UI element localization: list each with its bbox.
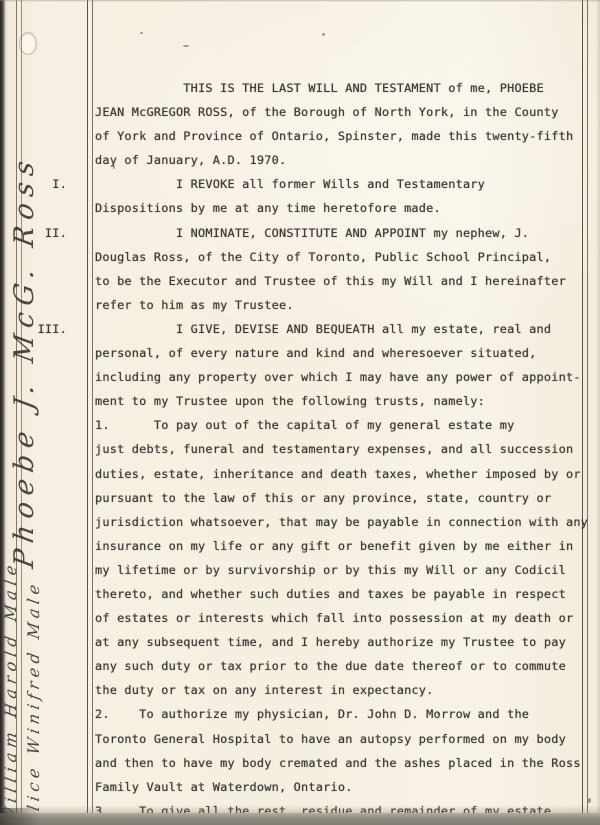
typed-line: Toronto General Hospital to have an auto… (95, 727, 581, 751)
typed-line: my lifetime or by survivorship or by thi… (95, 558, 581, 582)
typed-line: III. I GIVE, DEVISE AND BEQUEATH all my … (95, 317, 581, 341)
scan-edge-left (0, 0, 7, 825)
text-frame-left-line (87, 0, 93, 813)
typed-line: Family Vault at Waterdown, Ontario. (95, 775, 581, 799)
typed-line-text: Douglas Ross, of the City of Toronto, Pu… (95, 245, 551, 269)
typed-line-text: JEAN McGREGOR ROSS, of the Borough of No… (95, 100, 559, 124)
typed-line-text: Family Vault at Waterdown, Ontario. (95, 775, 353, 799)
typed-line: refer to him as my Trustee. (95, 293, 581, 317)
typed-line: I. I REVOKE all former Wills and Testame… (95, 172, 581, 196)
typed-line: including any property over which I may … (95, 365, 581, 389)
typed-line: Douglas Ross, of the City of Toronto, Pu… (95, 245, 581, 269)
typed-line: personal, of every nature and kind and w… (95, 341, 581, 365)
typed-line-text: personal, of every nature and kind and w… (95, 341, 537, 365)
typed-line-text: day of January, A.D. 1970. (95, 148, 286, 172)
typed-line: 1. To pay out of the capital of my gener… (95, 413, 581, 437)
ink-speck (140, 32, 143, 34)
scan-edge-top (0, 0, 600, 2)
typed-line-text: of estates or interests which fall into … (95, 606, 573, 630)
margin-name-handwriting-2: Alice Winifred Male (24, 579, 43, 825)
typed-line: to be the Executor and Trustee of this m… (95, 269, 581, 293)
typed-line-text: just debts, funeral and testamentary exp… (95, 437, 573, 461)
typed-text-block: THIS IS THE LAST WILL AND TESTAMENT of m… (95, 76, 581, 823)
typed-line-text: my lifetime or by survivorship or by thi… (95, 558, 566, 582)
typed-line-text: any such duty or tax prior to the due da… (95, 654, 566, 678)
typed-line-text: 2. To authorize my physician, Dr. John D… (95, 702, 529, 726)
typed-line-text: thereto, and whether such duties and tax… (95, 582, 566, 606)
scan-edge-right (596, 0, 600, 825)
typed-line: Dispositions by me at any time heretofor… (95, 196, 581, 220)
typed-line: ment to my Trustee upon the following tr… (95, 389, 581, 413)
ink-speck (437, 712, 440, 715)
ink-speck (183, 45, 189, 47)
typed-line-text: jurisdiction whatsoever, that may be pay… (95, 510, 588, 534)
typed-line-text: including any property over which I may … (95, 365, 581, 389)
typed-line: 2. To authorize my physician, Dr. John D… (95, 702, 581, 726)
typed-line: thereto, and whether such duties and tax… (95, 582, 581, 606)
typed-line: THIS IS THE LAST WILL AND TESTAMENT of m… (95, 76, 581, 100)
typed-line-text: 1. To pay out of the capital of my gener… (95, 413, 514, 437)
typed-line: at any subsequent time, and I hereby aut… (95, 630, 581, 654)
ink-speck (113, 165, 115, 169)
scan-band-corner (0, 808, 40, 825)
typed-line-text: of York and Province of Ontario, Spinste… (95, 124, 573, 148)
scan-band-bottom (0, 813, 600, 825)
scanned-will-page: THIS IS THE LAST WILL AND TESTAMENT of m… (0, 0, 600, 825)
typed-line: day of January, A.D. 1970. (95, 148, 581, 172)
typed-line-text: I NOMINATE, CONSTITUTE AND APPOINT my ne… (95, 221, 529, 245)
typed-line: jurisdiction whatsoever, that may be pay… (95, 510, 581, 534)
typed-line: the duty or tax on any interest in expec… (95, 678, 581, 702)
typed-line: insurance on my life or any gift or bene… (95, 534, 581, 558)
typed-line-text: I GIVE, DEVISE AND BEQUEATH all my estat… (95, 317, 551, 341)
ink-speck (322, 33, 325, 36)
typed-line: JEAN McGREGOR ROSS, of the Borough of No… (95, 100, 581, 124)
typed-line: just debts, funeral and testamentary exp… (95, 437, 581, 461)
typed-line-text: refer to him as my Trustee. (95, 293, 294, 317)
typed-line: any such duty or tax prior to the due da… (95, 654, 581, 678)
typed-line-text: ment to my Trustee upon the following tr… (95, 389, 485, 413)
typed-line-text: the duty or tax on any interest in expec… (95, 678, 434, 702)
typed-line-text: THIS IS THE LAST WILL AND TESTAMENT of m… (95, 76, 544, 100)
margin-signature-handwriting: Phoebe J. McG. Ross (9, 152, 40, 571)
typed-line-text: I REVOKE all former Wills and Testamenta… (95, 172, 485, 196)
typed-line-text: duties, estate, inheritance and death ta… (95, 462, 581, 486)
ink-speck (588, 798, 591, 803)
typed-line-text: insurance on my life or any gift or bene… (95, 534, 573, 558)
page-bottom-shadow (0, 805, 600, 813)
typed-line: pursuant to the law of this or any provi… (95, 486, 581, 510)
typed-line: duties, estate, inheritance and death ta… (95, 462, 581, 486)
typed-line-text: to be the Executor and Trustee of this m… (95, 269, 566, 293)
typed-line-text: at any subsequent time, and I hereby aut… (95, 630, 566, 654)
typed-line-text: and then to have my body cremated and th… (95, 751, 581, 775)
typed-line: of York and Province of Ontario, Spinste… (95, 124, 581, 148)
typed-line-text: Dispositions by me at any time heretofor… (95, 196, 441, 220)
typed-line: and then to have my body cremated and th… (95, 751, 581, 775)
typed-line-text: Toronto General Hospital to have an auto… (95, 727, 566, 751)
text-frame-right-line (582, 0, 588, 813)
typed-line: of estates or interests which fall into … (95, 606, 581, 630)
typed-line: II. I NOMINATE, CONSTITUTE AND APPOINT m… (95, 221, 581, 245)
typed-line-text: pursuant to the law of this or any provi… (95, 486, 551, 510)
